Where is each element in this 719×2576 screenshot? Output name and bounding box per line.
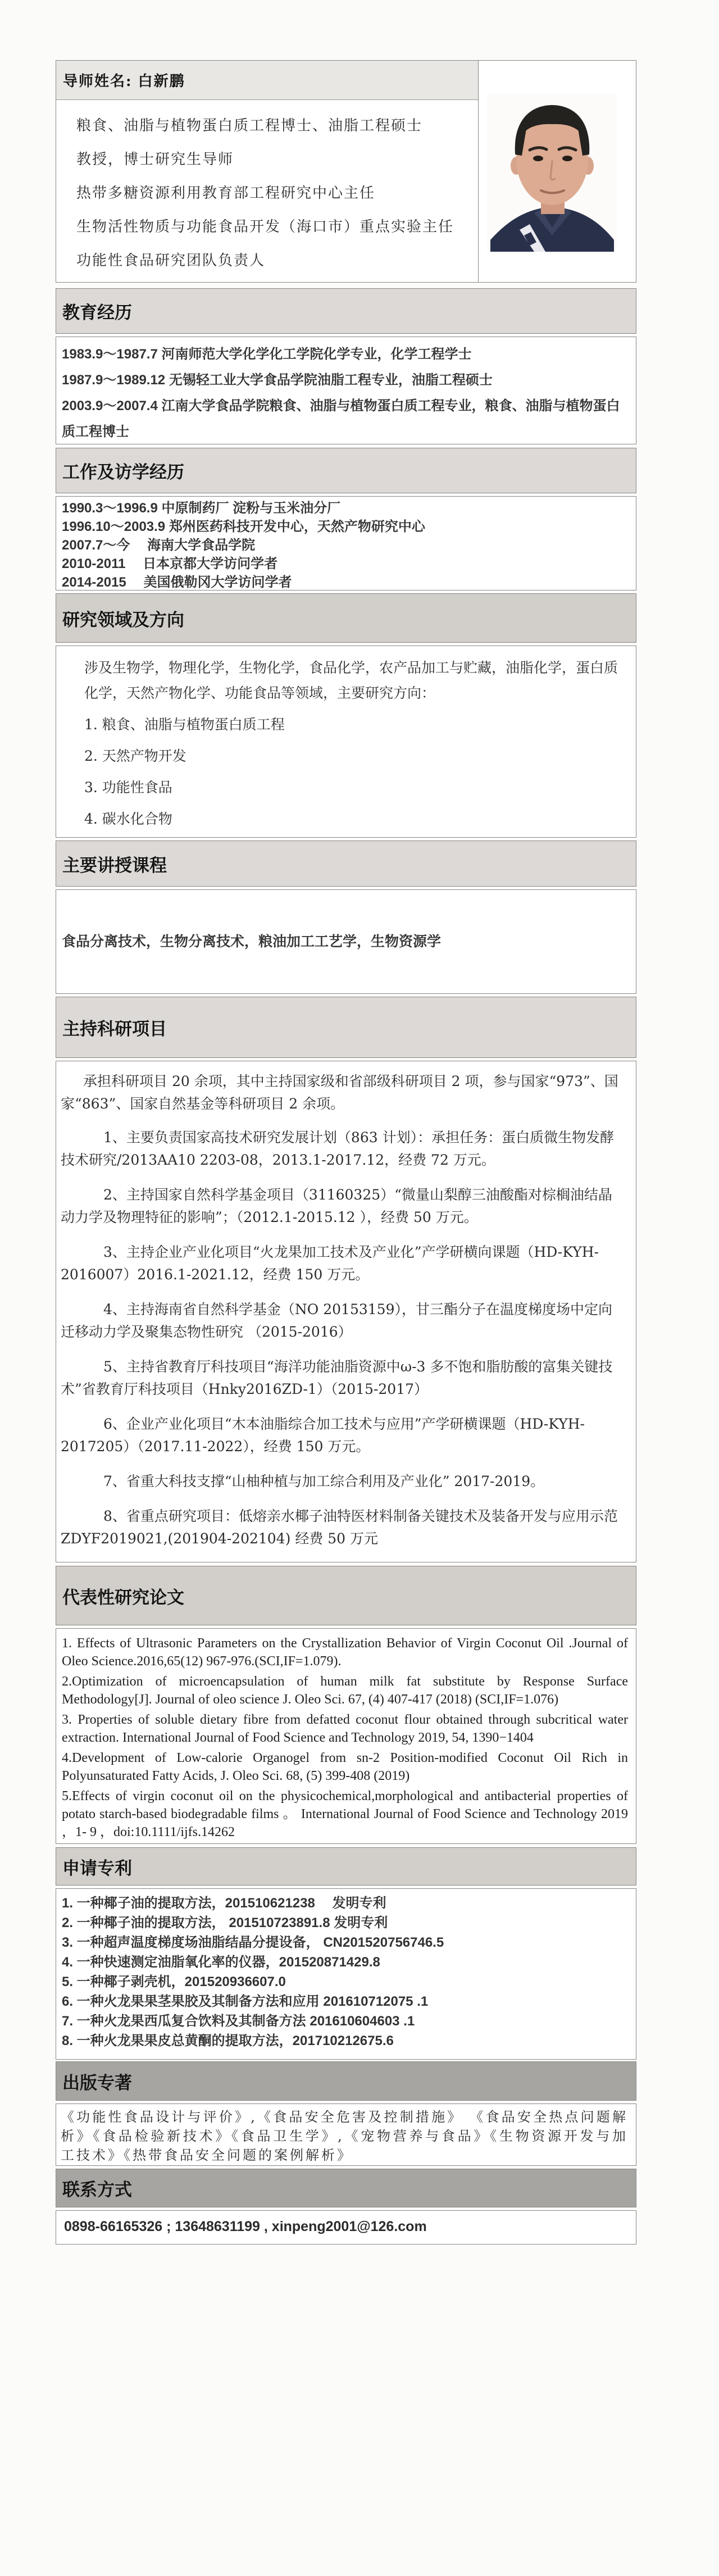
patent-item: 4. 一种快速测定油脂氧化率的仪器，201520871429.8 bbox=[62, 1952, 627, 1972]
bio-line: 粮食、油脂与植物蛋白质工程博士、油脂工程硕士 bbox=[76, 107, 467, 141]
project-item: 1、主要负责国家高技术研究发展计划（863 计划）：承担任务：蛋白质微生物发酵技… bbox=[61, 1126, 626, 1171]
paper-item: 4.Development of Low-calorie Organogel f… bbox=[62, 1749, 628, 1785]
supervisor-name-row: 导师姓名: 白新鹏 bbox=[56, 61, 478, 100]
work-list: 1990.3～1996.9 中原制药厂 淀粉与玉米油分厂 1996.10～200… bbox=[56, 496, 636, 590]
research-direction: 3. 功能性食品 bbox=[84, 775, 624, 800]
patent-item: 3. 一种超声温度梯度场油脂结晶分提设备， CN201520756746.5 bbox=[62, 1933, 627, 1952]
research-direction: 4. 碳水化合物 bbox=[84, 807, 624, 832]
section-header-courses: 主要讲授课程 bbox=[56, 841, 636, 887]
section-header-education: 教育经历 bbox=[56, 288, 636, 334]
project-item: 8、省重点研究项目：低熔亲水椰子油特医材料制备关键技术及装备开发与应用示范 ZD… bbox=[61, 1505, 626, 1550]
patent-item: 1. 一种椰子油的提取方法，201510621238 发明专利 bbox=[62, 1893, 627, 1913]
section-title: 研究领域及方向 bbox=[62, 606, 184, 631]
patent-item: 2. 一种椰子油的提取方法， 201510723891.8 发明专利 bbox=[62, 1913, 627, 1933]
paper-item: 5.Effects of virgin coconut oil on the p… bbox=[62, 1787, 628, 1841]
section-title: 联系方式 bbox=[62, 2175, 132, 2201]
bio-line: 生物活性物质与功能食品开发（海口市）重点实验主任 bbox=[76, 208, 467, 242]
patents-list: 1. 一种椰子油的提取方法，201510621238 发明专利 2. 一种椰子油… bbox=[56, 1888, 636, 2060]
paper-item: 3. Properties of soluble dietary fibre f… bbox=[62, 1711, 628, 1747]
section-title: 主持科研项目 bbox=[62, 1015, 167, 1040]
section-header-research: 研究领域及方向 bbox=[56, 593, 636, 643]
section-title: 代表性研究论文 bbox=[62, 1583, 184, 1609]
section-header-projects: 主持科研项目 bbox=[56, 997, 636, 1058]
patent-item: 8. 一种火龙果果皮总黄酮的提取方法，201710212675.6 bbox=[62, 2031, 627, 2051]
work-item: 2014-2015 美国俄勒冈大学访问学者 bbox=[62, 573, 627, 590]
papers-list: 1. Effects of Ultrasonic Parameters on t… bbox=[56, 1628, 636, 1844]
project-item: 4、主持海南省自然科学基金（NO 20153159），甘三酯分子在温度梯度场中定… bbox=[61, 1298, 626, 1343]
supervisor-name-label: 导师姓名: bbox=[63, 70, 133, 90]
paper-item: 1. Effects of Ultrasonic Parameters on t… bbox=[62, 1634, 628, 1670]
section-header-contact: 联系方式 bbox=[56, 2169, 636, 2207]
section-title: 出版专著 bbox=[62, 2069, 132, 2094]
section-header-books: 出版专著 bbox=[56, 2061, 636, 2101]
faculty-profile-table: 导师姓名: 白新鹏 粮食、油脂与植物蛋白质工程博士、油脂工程硕士 教授，博士研究… bbox=[56, 60, 636, 2245]
supervisor-name: 白新鹏 bbox=[138, 70, 185, 90]
project-item: 3、主持企业产业化项目“火龙果加工技术及产业化”产学研横向课题（HD-KYH-2… bbox=[61, 1241, 626, 1286]
projects-content: 承担科研项目 20 余项，其中主持国家级和省部级科研项目 2 项，参与国家“97… bbox=[56, 1061, 636, 1562]
project-item: 6、企业产业化项目“木本油脂综合加工技术与应用”产学研横课题（HD-KYH-20… bbox=[61, 1413, 626, 1458]
photo-cell bbox=[479, 61, 636, 282]
research-intro: 涉及生物学，物理化学，生物化学，食品化学，农产品加工与贮藏，油脂化学，蛋白质化学… bbox=[84, 655, 624, 706]
section-title: 主要讲授课程 bbox=[62, 851, 167, 876]
courses-content: 食品分离技术，生物分离技术，粮油加工工艺学，生物资源学 bbox=[56, 889, 636, 994]
contact-content: 0898-66165326 ; 13648631199 , xinpeng200… bbox=[56, 2210, 636, 2245]
work-item: 1996.10～2003.9 郑州医药科技开发中心，天然产物研究中心 bbox=[62, 517, 627, 536]
profile-photo-icon bbox=[487, 94, 617, 252]
books-content: 《功能性食品设计与评价》,《食品安全危害及控制措施》 《食品安全热点问题解析》《… bbox=[56, 2103, 636, 2166]
bio-cell: 粮食、油脂与植物蛋白质工程博士、油脂工程硕士 教授，博士研究生导师 热带多糖资源… bbox=[56, 100, 478, 276]
research-direction: 2. 天然产物开发 bbox=[84, 744, 624, 769]
section-header-papers: 代表性研究论文 bbox=[56, 1566, 636, 1625]
section-title: 申请专利 bbox=[62, 1854, 132, 1879]
contact-text: 0898-66165326 ; 13648631199 , xinpeng200… bbox=[64, 2219, 628, 2235]
education-item: 1983.9～1987.7 河南师范大学化学化工学院化学专业，化学工程学士 bbox=[62, 342, 627, 367]
patent-item: 7. 一种火龙果西瓜复合饮料及其制备方法 201610604603 .1 bbox=[62, 2011, 627, 2031]
section-header-work: 工作及访学经历 bbox=[56, 448, 636, 493]
section-title: 教育经历 bbox=[62, 298, 132, 324]
section-title: 工作及访学经历 bbox=[62, 458, 184, 483]
research-content: 涉及生物学，物理化学，生物化学，食品化学，农产品加工与贮藏，油脂化学，蛋白质化学… bbox=[56, 646, 636, 838]
patent-item: 5. 一种椰子剥壳机，201520936607.0 bbox=[62, 1972, 627, 1992]
work-item: 2007.7～今 海南大学食品学院 bbox=[62, 536, 627, 555]
bio-line: 功能性食品研究团队负责人 bbox=[76, 242, 467, 276]
books-text: 《功能性食品设计与评价》,《食品安全危害及控制措施》 《食品安全热点问题解析》《… bbox=[61, 2107, 628, 2165]
project-item: 2、主持国家自然科学基金项目（31160325）“微量山梨醇三油酸酯对棕榈油结晶… bbox=[61, 1184, 626, 1229]
education-item: 2003.9～2007.4 江南大学食品学院粮食、油脂与植物蛋白质工程专业，粮食… bbox=[62, 393, 627, 444]
education-item: 1987.9～1989.12 无锡轻工业大学食品学院油脂工程专业，油脂工程硕士 bbox=[62, 367, 627, 393]
paper-item: 2.Optimization of microencapsulation of … bbox=[62, 1673, 628, 1709]
research-direction: 1. 粮食、油脂与植物蛋白质工程 bbox=[84, 712, 624, 737]
project-item: 5、主持省教育厅科技项目“海洋功能油脂资源中ω-3 多不饱和脂肪酸的富集关键技术… bbox=[61, 1356, 626, 1401]
section-header-patents: 申请专利 bbox=[56, 1847, 636, 1886]
work-item: 2010-2011 日本京都大学访问学者 bbox=[62, 555, 627, 573]
bio-line: 热带多糖资源利用教育部工程研究中心主任 bbox=[76, 175, 467, 208]
bio-line: 教授，博士研究生导师 bbox=[76, 141, 467, 175]
courses-text: 食品分离技术，生物分离技术，粮油加工工艺学，生物资源学 bbox=[62, 930, 627, 951]
profile-header: 导师姓名: 白新鹏 粮食、油脂与植物蛋白质工程博士、油脂工程硕士 教授，博士研究… bbox=[56, 60, 636, 283]
project-item: 7、省重大科技支撑“山柚种植与加工综合利用及产业化” 2017-2019。 bbox=[61, 1470, 626, 1493]
projects-intro: 承担科研项目 20 余项，其中主持国家级和省部级科研项目 2 项，参与国家“97… bbox=[61, 1070, 626, 1115]
work-item: 1990.3～1996.9 中原制药厂 淀粉与玉米油分厂 bbox=[62, 499, 627, 517]
education-list: 1983.9～1987.7 河南师范大学化学化工学院化学专业，化学工程学士 19… bbox=[56, 337, 636, 444]
patent-item: 6. 一种火龙果果茎果胶及其制备方法和应用 201610712075 .1 bbox=[62, 1992, 627, 2011]
